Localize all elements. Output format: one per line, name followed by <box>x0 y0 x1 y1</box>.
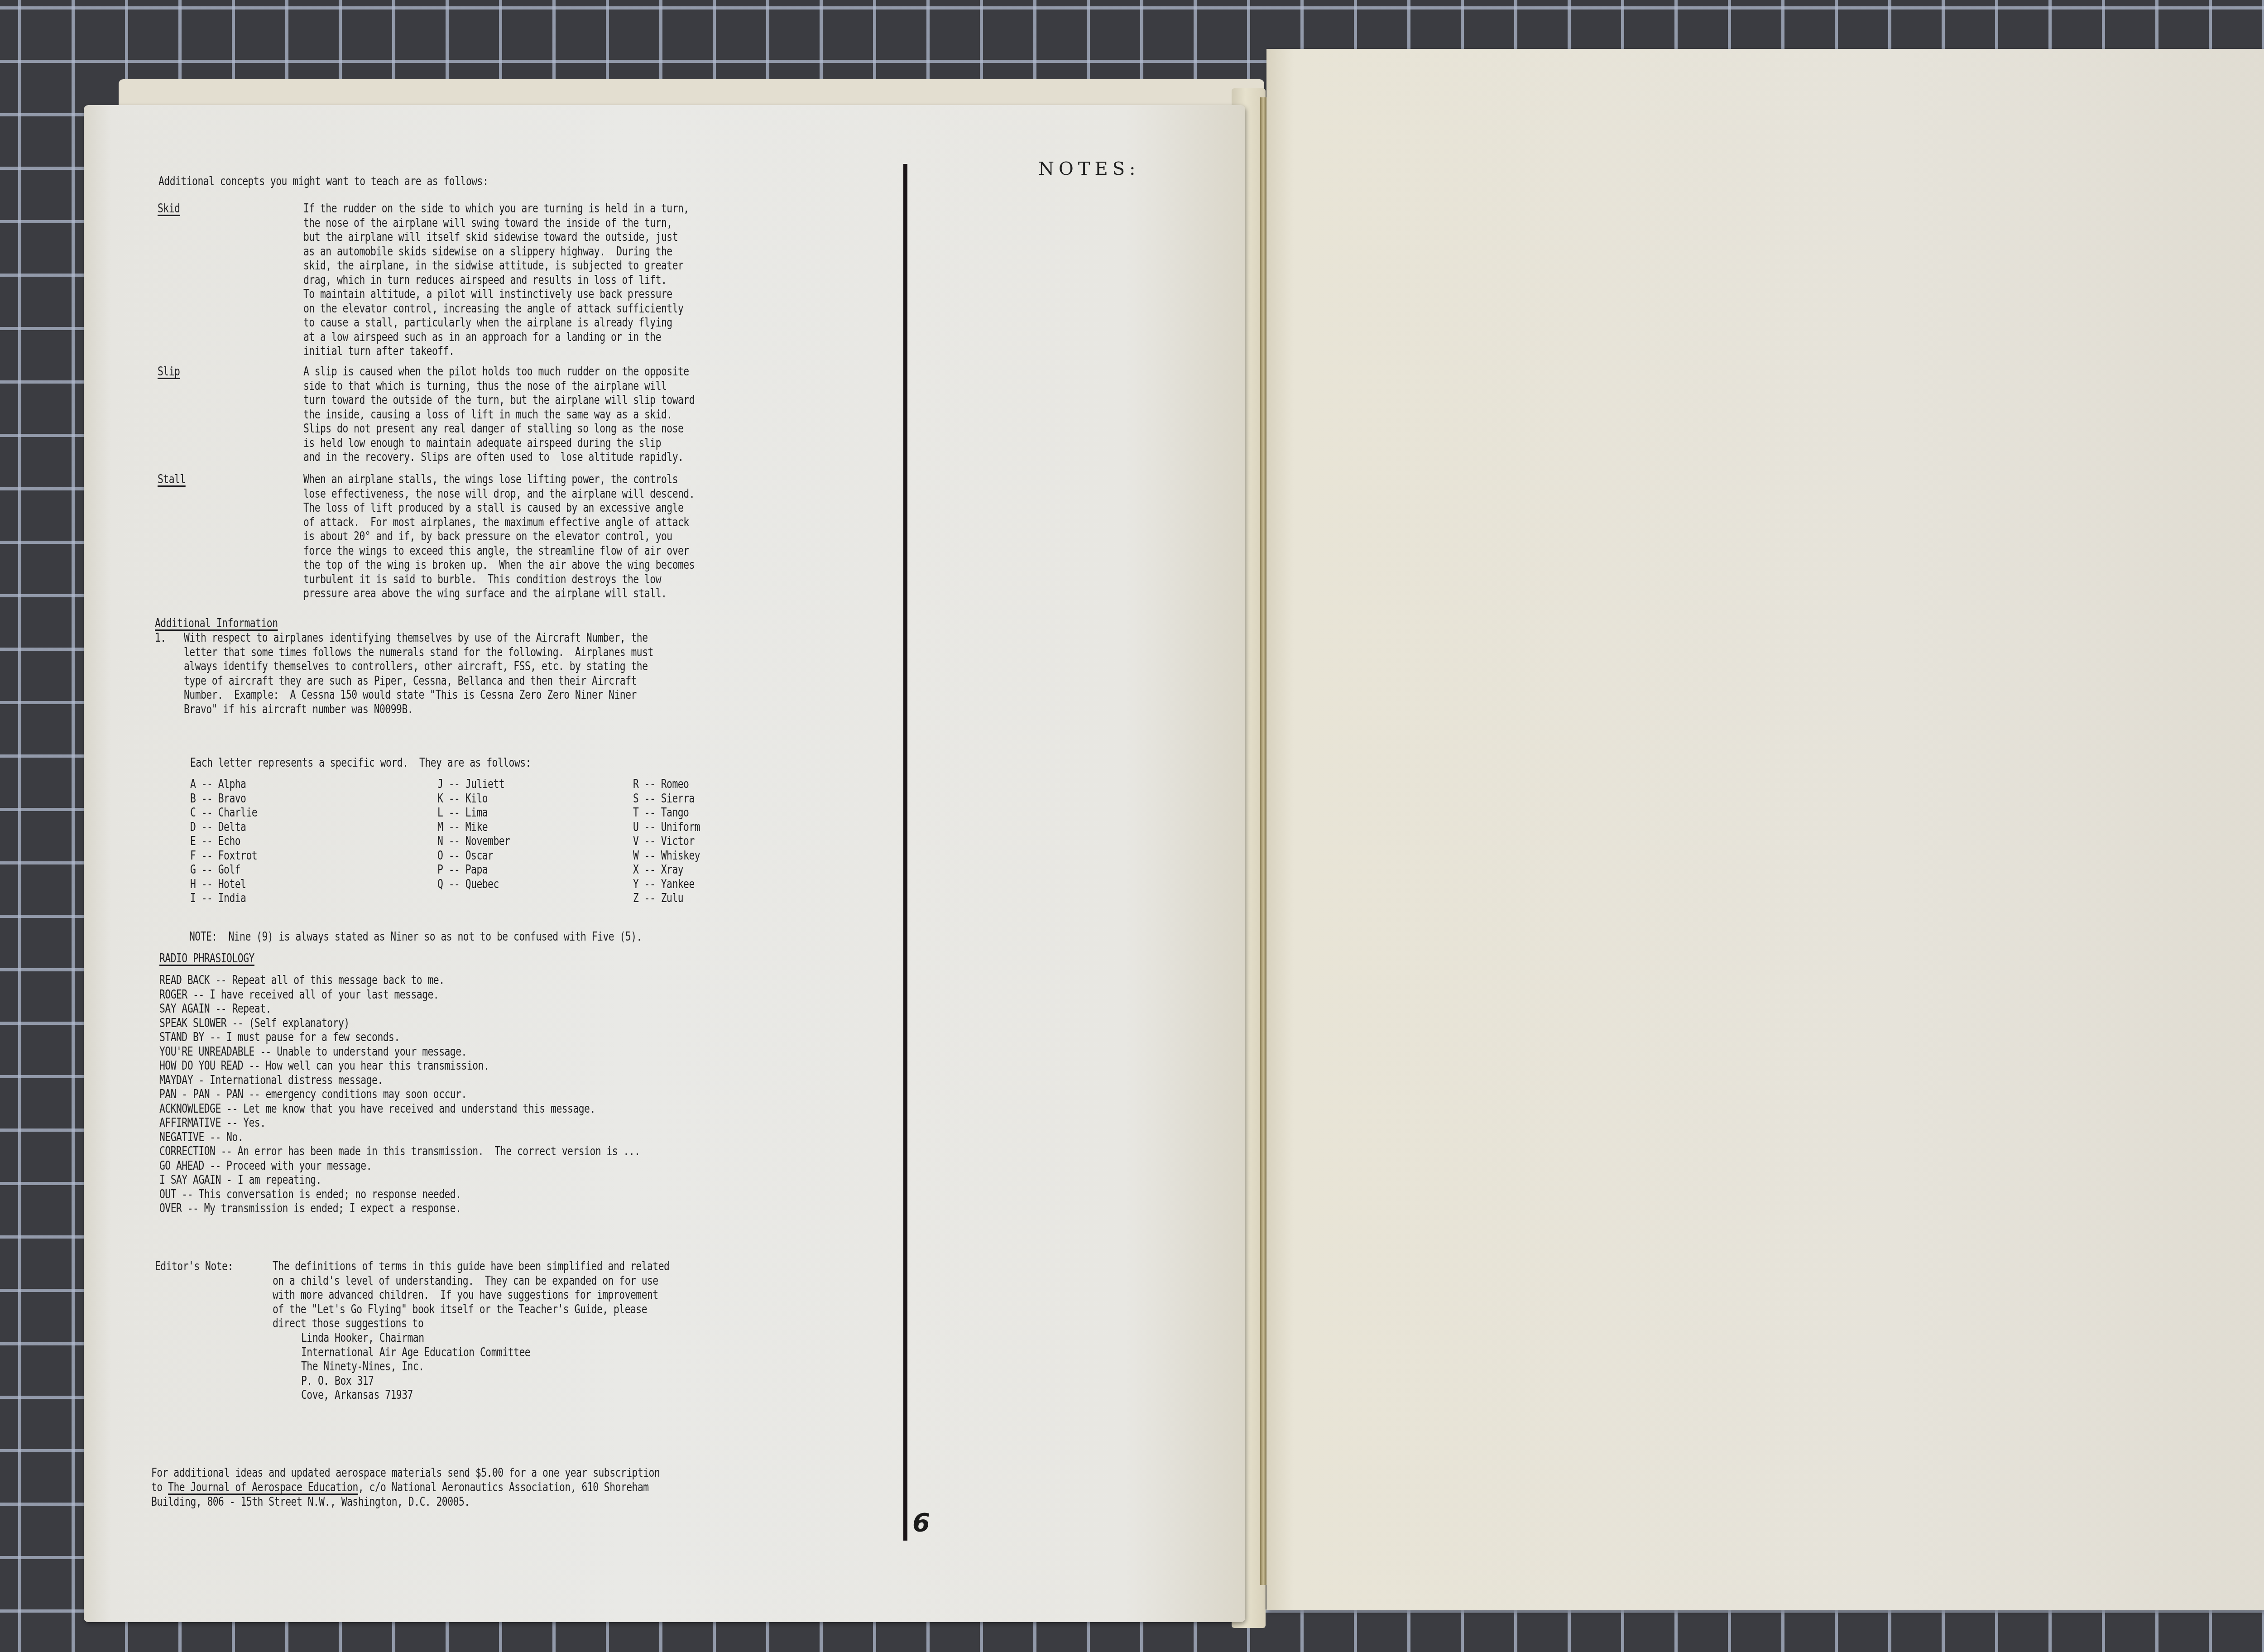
definition-line: The loss of lift produced by a stall is … <box>303 501 695 516</box>
alphabet-entry: U -- Uniform <box>633 821 700 835</box>
niner-note: NOTE: Nine (9) is always stated as Niner… <box>189 930 642 945</box>
definition-line: When an airplane stalls, the wings lose … <box>303 473 695 487</box>
definition-skid: If the rudder on the side to which you a… <box>303 202 774 359</box>
term-stall: Stall <box>158 473 186 487</box>
vertical-divider-rule <box>903 164 907 1541</box>
alphabet-entry: Y -- Yankee <box>633 878 700 892</box>
radio-heading: RADIO PHRASIOLOGY <box>159 952 254 966</box>
paragraph-line: always identify themselves to controller… <box>184 660 653 674</box>
subscription-line-3: Building, 806 - 15th Street N.W., Washin… <box>151 1495 470 1510</box>
alphabet-column-3: R -- Romeo S -- Sierra T -- Tango U -- U… <box>633 778 715 906</box>
alphabet-entry: P -- Papa <box>437 863 510 878</box>
radio-phrase: ACKNOWLEDGE -- Let me know that you have… <box>159 1102 640 1117</box>
address-line: P. O. Box 317 <box>301 1374 530 1389</box>
definition-line: Slips do not present any real danger of … <box>303 422 695 437</box>
definition-line: of attack. For most airplanes, the maxim… <box>303 516 695 530</box>
definition-line: the nose of the airplane will swing towa… <box>303 216 689 231</box>
definition-line: the top of the wing is broken up. When t… <box>303 558 695 573</box>
radio-phrase: AFFIRMATIVE -- Yes. <box>159 1116 640 1131</box>
page-number: 6 <box>912 1508 930 1537</box>
radio-phrase: PAN - PAN - PAN -- emergency conditions … <box>159 1088 640 1102</box>
paragraph-line: With respect to airplanes identifying th… <box>184 631 653 646</box>
definition-line: but the airplane will itself skid sidewi… <box>303 231 689 245</box>
alphabet-entry: Z -- Zulu <box>633 892 700 906</box>
term-slip: Slip <box>158 365 180 379</box>
address-line: Cove, Arkansas 71937 <box>301 1388 530 1403</box>
term-skid: Skid <box>158 202 180 216</box>
definition-slip: A slip is caused when the pilot holds to… <box>303 365 781 465</box>
alphabet-column-1: A -- Alpha B -- Bravo C -- Charlie D -- … <box>190 778 272 906</box>
definition-line: A slip is caused when the pilot holds to… <box>303 365 695 379</box>
note-line: on a child's level of understanding. The… <box>273 1274 669 1289</box>
alphabet-entry: E -- Echo <box>190 835 257 849</box>
alphabet-column-2: J -- Juliett K -- Kilo L -- Lima M -- Mi… <box>437 778 526 892</box>
alphabet-entry: J -- Juliett <box>437 778 510 792</box>
definition-line: the inside, causing a loss of lift in mu… <box>303 408 695 423</box>
address-line: The Ninety-Nines, Inc. <box>301 1360 530 1374</box>
alphabet-entry: C -- Charlie <box>190 806 257 821</box>
radio-phrase: CORRECTION -- An error has been made in … <box>159 1145 640 1159</box>
definition-line: as an automobile skids sidewise on a sli… <box>303 245 689 259</box>
alphabet-entry: M -- Mike <box>437 821 510 835</box>
item-number: 1. <box>155 631 166 646</box>
alphabet-entry: V -- Victor <box>633 835 700 849</box>
alphabet-entry: N -- November <box>437 835 510 849</box>
journal-title: The Journal of Aerospace Education <box>168 1481 358 1494</box>
alphabet-entry: A -- Alpha <box>190 778 257 792</box>
definition-line: initial turn after takeoff. <box>303 345 689 359</box>
alphabet-entry: O -- Oscar <box>437 849 510 864</box>
subscription-line-1: For additional ideas and updated aerospa… <box>151 1466 660 1481</box>
definition-line: turbulent it is said to burble. This con… <box>303 573 695 587</box>
paragraph-line: type of aircraft they are such as Piper,… <box>184 674 653 689</box>
editors-note-label: Editor's Note: <box>155 1260 233 1274</box>
definition-line: is held low enough to maintain adequate … <box>303 437 695 451</box>
definition-line: drag, which in turn reduces airspeed and… <box>303 274 689 288</box>
notes-heading: NOTES: <box>1038 158 1140 179</box>
definition-stall: When an airplane stalls, the wings lose … <box>303 473 781 601</box>
alphabet-entry: R -- Romeo <box>633 778 700 792</box>
alphabet-entry: I -- India <box>190 892 257 906</box>
radio-phrase: HOW DO YOU READ -- How well can you hear… <box>159 1059 640 1074</box>
definition-line: skid, the airplane, in the sidwise attit… <box>303 259 689 274</box>
alphabet-entry: S -- Sierra <box>633 792 700 807</box>
alphabet-entry: H -- Hotel <box>190 878 257 892</box>
radio-phrase: OUT -- This conversation is ended; no re… <box>159 1188 640 1202</box>
definition-line: force the wings to exceed this angle, th… <box>303 544 695 559</box>
paragraph-line: Bravo" if his aircraft number was N0099B… <box>184 703 653 717</box>
radio-phrase: SAY AGAIN -- Repeat. <box>159 1002 640 1017</box>
book-spine <box>1260 97 1266 1585</box>
intro-text: Additional concepts you might want to te… <box>158 175 488 189</box>
note-line: of the "Let's Go Flying" book itself or … <box>273 1303 669 1317</box>
additional-info-heading: Additional Information <box>155 617 278 631</box>
editors-note-body: The definitions of terms in this guide h… <box>273 1260 757 1331</box>
address-line: Linda Hooker, Chairman <box>301 1331 530 1346</box>
definition-line: If the rudder on the side to which you a… <box>303 202 689 216</box>
note-line: direct those suggestions to <box>273 1317 669 1331</box>
definition-line: side to that which is turning, thus the … <box>303 379 695 394</box>
definition-line: is about 20° and if, by back pressure on… <box>303 530 695 544</box>
alphabet-entry: D -- Delta <box>190 821 257 835</box>
alphabet-entry: F -- Foxtrot <box>190 849 257 864</box>
radio-phrase: STAND BY -- I must pause for a few secon… <box>159 1031 640 1045</box>
alphabet-entry: G -- Golf <box>190 863 257 878</box>
radio-phrase: SPEAK SLOWER -- (Self explanatory) <box>159 1017 640 1031</box>
radio-phrase: GO AHEAD -- Proceed with your message. <box>159 1159 640 1174</box>
definition-line: at a low airspeed such as in an approach… <box>303 331 689 345</box>
definition-line: on the elevator control, increasing the … <box>303 302 689 317</box>
paragraph-line: letter that some times follows the numer… <box>184 646 653 660</box>
radio-phrase-list: READ BACK -- Repeat all of this message … <box>159 974 746 1216</box>
definition-line: turn toward the outside of the turn, but… <box>303 394 695 408</box>
definition-line: To maintain altitude, a pilot will insti… <box>303 288 689 302</box>
alphabet-intro: Each letter represents a specific word. … <box>190 756 531 771</box>
definition-line: lose effectiveness, the nose will drop, … <box>303 487 695 502</box>
right-page-blank <box>1266 49 2264 1610</box>
alphabet-entry: W -- Whiskey <box>633 849 700 864</box>
alphabet-entry: B -- Bravo <box>190 792 257 807</box>
definition-line: to cause a stall, particularly when the … <box>303 316 689 331</box>
line-suffix: , c/o National Aeronautics Association, … <box>358 1481 649 1494</box>
radio-phrase: I SAY AGAIN - I am repeating. <box>159 1173 640 1188</box>
line-prefix: to <box>151 1481 168 1494</box>
alphabet-entry: X -- Xray <box>633 863 700 878</box>
radio-phrase: OVER -- My transmission is ended; I expe… <box>159 1202 640 1216</box>
radio-phrase: READ BACK -- Repeat all of this message … <box>159 974 640 988</box>
note-line: The definitions of terms in this guide h… <box>273 1260 669 1274</box>
radio-phrase: NEGATIVE -- No. <box>159 1131 640 1145</box>
definition-line: and in the recovery. Slips are often use… <box>303 451 695 465</box>
address-line: International Air Age Education Committe… <box>301 1346 530 1360</box>
paragraph-line: Number. Example: A Cessna 150 would stat… <box>184 688 653 703</box>
radio-phrase: MAYDAY - International distress message. <box>159 1074 640 1088</box>
note-line: with more advanced children. If you have… <box>273 1288 669 1303</box>
alphabet-entry: K -- Kilo <box>437 792 510 807</box>
radio-phrase: ROGER -- I have received all of your las… <box>159 988 640 1003</box>
subscription-line-2: to The Journal of Aerospace Education, c… <box>151 1481 649 1495</box>
alphabet-entry: T -- Tango <box>633 806 700 821</box>
definition-line: pressure area above the wing surface and… <box>303 587 695 601</box>
additional-info-paragraph: With respect to airplanes identifying th… <box>184 631 756 717</box>
alphabet-entry: Q -- Quebec <box>437 878 510 892</box>
alphabet-entry: L -- Lima <box>437 806 510 821</box>
radio-phrase: YOU'RE UNREADABLE -- Unable to understan… <box>159 1045 640 1060</box>
mailing-address: Linda Hooker, Chairman International Air… <box>301 1331 580 1403</box>
